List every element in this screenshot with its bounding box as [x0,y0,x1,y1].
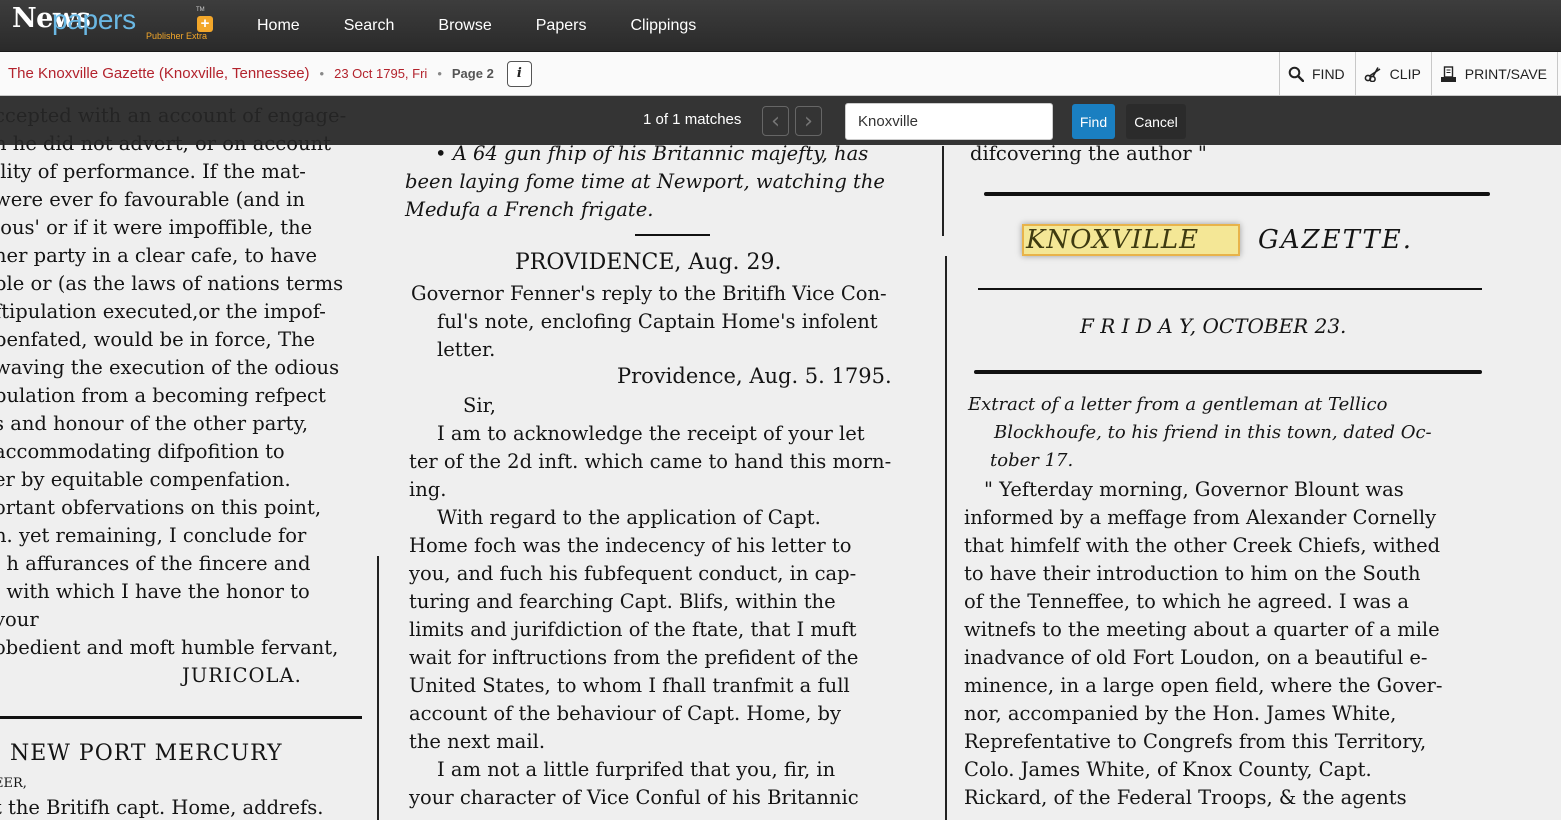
find-bar: 1 of 1 matches ‹ › Find Cancel [0,96,1561,145]
match-count: 1 of 1 matches [643,111,741,128]
previous-match-button[interactable]: ‹ [762,106,789,136]
dateline-heading: PROVIDENCE, Aug. 29. [515,250,782,275]
chevron-left-icon: ‹ [771,109,780,134]
text-line: Colo. James White, of Knox County, Capt. [964,758,1372,781]
find-tool-label: FIND [1312,66,1345,82]
find-submit-button[interactable]: Find [1072,104,1115,139]
find-text-input[interactable] [845,103,1053,140]
text-line: With regard to the application of Capt. [437,506,821,529]
separator-dot: • [437,66,442,81]
text-line: your character of Vice Conful of his Bri… [409,786,859,809]
text-line: Rickard, of the Federal Troops, & the ag… [964,786,1407,809]
masthead-text: GAZETTE. [1258,225,1413,255]
text-line: wait for inftructions from the prefident… [409,646,858,669]
text-line: informed by a meffage from Alexander Cor… [964,506,1436,529]
text-line: I am to acknowledge the receipt of your … [437,422,865,445]
text-line: the next mail. [409,730,545,753]
text-line: " Yefterday morning, Governor Blount was [984,478,1404,501]
newspapers-logo[interactable]: News papers TM + Publisher Extra [0,0,230,52]
section-heading: NEW PORT MERCURY [10,741,283,766]
text-line: witnefs to the meeting about a quarter o… [964,618,1440,641]
column-divider [377,556,379,820]
text-line: h. yet remaining, I conclude for [0,524,306,547]
text-line: ious' or if it were impoffible, the [0,216,312,239]
masthead-rule-bottom [974,370,1482,374]
printer-icon [1440,66,1457,83]
info-button[interactable]: i [507,61,532,87]
text-line: Home foch was the indecency of his lette… [409,534,851,557]
text-line: t the Britifh capt. Home, addrefs. [0,796,323,819]
issue-day-line: F R I D A Y, OCTOBER 23. [1080,314,1346,338]
text-line: you, and fuch his fubfequent conduct, in… [409,562,856,585]
signature: JURICOLA. [182,664,302,687]
text-line: ortant obfervations on this point, [0,496,321,519]
salutation: Sir, [463,394,496,417]
text-line: minence, in a large open field, where th… [964,674,1442,697]
top-navigation-bar: News papers TM + Publisher Extra Home Se… [0,0,1561,52]
newspaper-page-viewer[interactable]: ccepted with an account of engage- n he … [0,96,1561,820]
scissors-icon [1364,66,1382,82]
column-divider [945,256,947,820]
text-line: limits and jurifdiction of the ftate, th… [409,618,857,641]
clip-tool-label: CLIP [1390,66,1421,82]
text-line: Extract of a letter from a gentleman at … [968,394,1387,415]
text-line: • A 64 gun fhip of his Britannic majefty… [435,142,868,165]
text-line: been laying fome time at Newport, watchi… [405,170,885,193]
logo-subtitle: Publisher Extra [146,31,207,41]
nav-search[interactable]: Search [344,17,395,35]
text-line: , with which I have the honor to [0,580,310,603]
print-save-tool-label: PRINT/SAVE [1465,66,1547,82]
text-line: Medufa a French frigate. [405,198,654,221]
plus-badge-icon: + [197,16,213,32]
text-line: United States, to whom I fhall tranfmit … [409,674,850,697]
find-cancel-button[interactable]: Cancel [1126,104,1186,139]
find-tool-button[interactable]: FIND [1279,52,1355,96]
next-match-button[interactable]: › [795,106,822,136]
print-save-tool-button[interactable]: PRINT/SAVE [1431,52,1558,96]
text-line: her party in a clear cafe, to have [0,244,317,267]
text-line: to have their introduction to him on the… [964,562,1421,585]
text-line: s and honour of the other party, [0,412,308,435]
text-line: of the Tenneffee, to which he agreed. I … [964,590,1409,613]
section-divider [0,716,362,719]
text-line: ble or (as the laws of nations terms [0,272,343,295]
nav-browse[interactable]: Browse [438,17,491,35]
main-menu: Home Search Browse Papers Clippings [257,17,740,35]
masthead-rule-middle [978,288,1482,290]
text-line: accommodating difpofition to [0,440,285,463]
viewer-toolbar: FIND CLIP PRINT/SAVE [1279,52,1558,96]
text-line: ility of performance. If the mat- [0,160,306,183]
text-line: er by equitable compenfation. [0,468,291,491]
text-line: waving the execution of the odious [0,356,339,379]
text-line: ter of the 2d inft. which came to hand t… [409,450,891,473]
text-line: difcovering the author " [970,142,1207,165]
text-line: pulation from a becoming refpect [0,384,326,407]
masthead-match-text: KNOXVILLE [1026,225,1199,255]
logo-text-papers: papers [52,4,136,36]
text-line: Blockhoufe, to his friend in this town, … [994,422,1432,443]
page-number: Page 2 [452,66,494,81]
text-line: inadvance of old Fort Loudon, on a beaut… [964,646,1428,669]
text-line: ing. [409,478,446,501]
text-line: Governor Fenner's reply to the Britifh V… [411,282,887,305]
chevron-right-icon: › [804,109,813,134]
column-divider [942,146,944,236]
text-line: I am not a little furprifed that you, fi… [437,758,835,781]
separator-dot: • [320,66,325,81]
text-line: tober 17. [990,450,1073,471]
paper-title-link[interactable]: The Knoxville Gazette (Knoxville, Tennes… [8,65,310,82]
text-line: Reprefentative to Congrefs from this Ter… [964,730,1426,753]
nav-papers[interactable]: Papers [536,17,587,35]
info-icon: i [517,66,522,81]
logo-trademark: TM [196,7,205,13]
short-divider [635,234,710,236]
text-line: your [0,608,39,631]
text-line: account of the behaviour of Capt. Home, … [409,702,841,725]
issue-date-link[interactable]: 23 Oct 1795, Fri [334,66,427,81]
text-line: ftipulation executed,or the impof- [0,300,326,323]
text-line: that himfelf with the other Creek Chiefs… [964,534,1440,557]
nav-clippings[interactable]: Clippings [630,17,696,35]
text-line: nor, accompanied by the Hon. James White… [964,702,1396,725]
text-line: i h affurances of the fincere and [0,552,310,575]
place-date: Providence, Aug. 5. 1795. [617,364,892,388]
search-icon [1288,66,1304,82]
masthead-rule-top [984,192,1490,196]
text-line: letter. [437,338,495,361]
text-line: penfated, would be in force, The [0,328,315,351]
text-line: were ever fo favourable (and in [0,188,305,211]
text-line: EER, [0,776,27,791]
breadcrumb: The Knoxville Gazette (Knoxville, Tennes… [0,61,532,87]
nav-home[interactable]: Home [257,17,300,35]
text-line: turing and fearching Capt. Blifs, within… [409,590,836,613]
text-line: obedient and moft humble fervant, [0,636,338,659]
text-line: ful's note, enclofing Captain Home's inf… [437,310,878,333]
clip-tool-button[interactable]: CLIP [1355,52,1431,96]
paper-title-bar: The Knoxville Gazette (Knoxville, Tennes… [0,52,1561,96]
